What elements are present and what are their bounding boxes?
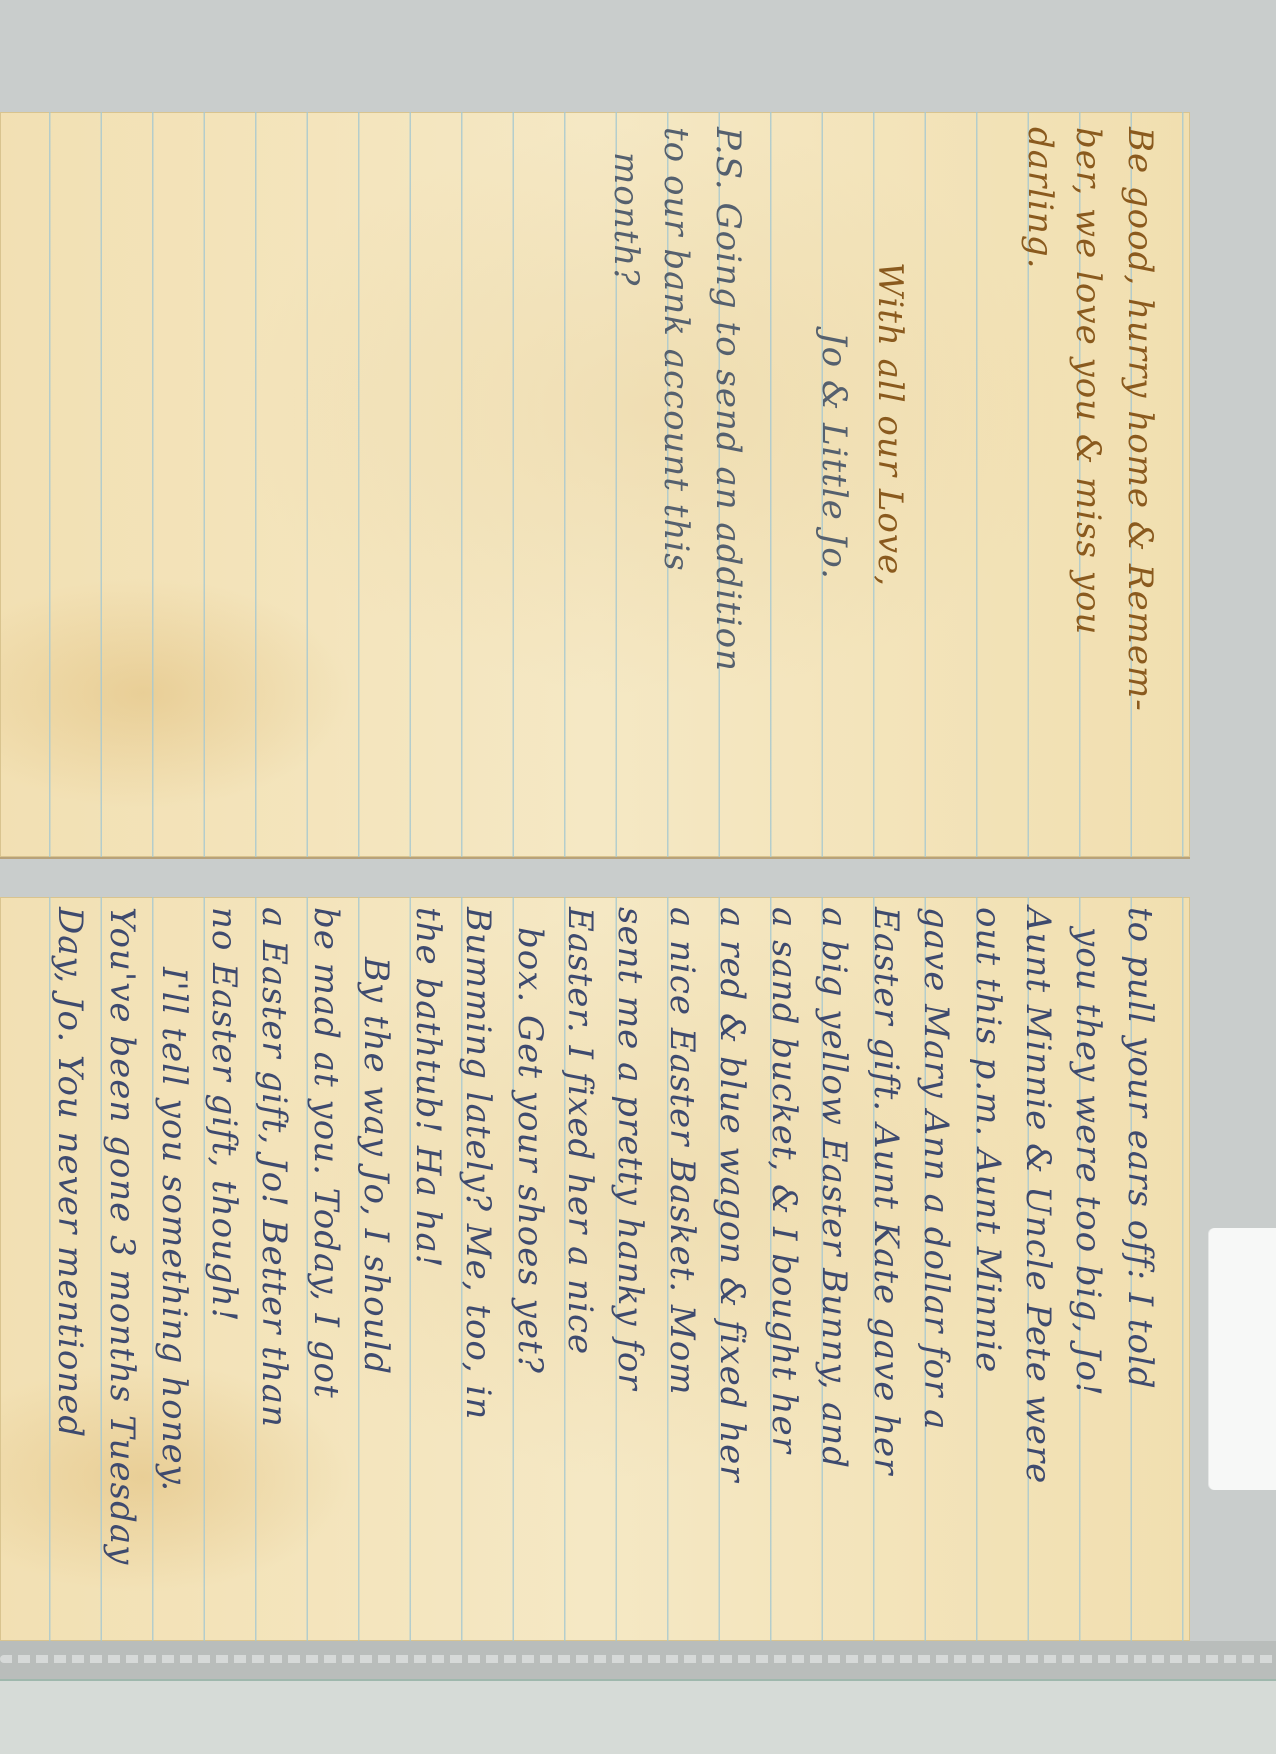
handwritten-line: a nice Easter Basket. Mom (660, 907, 704, 1395)
handwritten-line: box. Get your shoes yet? (508, 927, 552, 1374)
page-edge (0, 857, 1190, 859)
letter-page-top: Be good, hurry home & Remem- ber, we lov… (0, 112, 1190, 857)
handwritten-line: Be good, hurry home & Remem- (1118, 127, 1162, 712)
handwritten-line: to pull your ears off: I told (1118, 907, 1162, 1390)
handwritten-line: Easter. I fixed her a nice (558, 907, 602, 1355)
handwritten-line: Easter gift. Aunt Kate gave her (864, 907, 908, 1475)
handwritten-line: be mad at you. Today, I got (304, 907, 348, 1399)
handwritten-line: the bathtub! Ha ha! (406, 907, 450, 1268)
handwritten-line: sent me a pretty hanky for (608, 907, 652, 1391)
sheet-protector-strip (0, 1641, 1276, 1681)
handwritten-line: you they were too big, Jo! (1066, 927, 1110, 1397)
handwritten-line: gave Mary Ann a dollar for a (914, 907, 958, 1430)
postscript-line: month? (604, 152, 648, 286)
handwritten-line: a Easter gift, Jo! Better than (252, 907, 296, 1428)
ruled-lines (0, 112, 1190, 857)
handwritten-line: Aunt Minnie & Uncle Pete were (1016, 907, 1060, 1484)
closing-line: With all our Love, (868, 262, 912, 587)
paper-tab (1209, 1228, 1276, 1490)
handwritten-line: a sand bucket, & I bought her (762, 907, 806, 1454)
postscript-line: P.S. Going to send an addition (706, 127, 750, 672)
handwritten-line: You've been gone 3 months Tuesday (100, 907, 144, 1565)
handwritten-line: a big yellow Easter Bunny, and (812, 907, 856, 1469)
letter-page-bottom: to pull your ears off: I told you they w… (0, 897, 1190, 1641)
handwritten-line: out this p.m. Aunt Minnie (966, 907, 1010, 1373)
postscript-line: to our bank account this (654, 127, 698, 572)
signature-line: Jo & Little Jo. (812, 332, 856, 580)
punched-holes (0, 1655, 1276, 1663)
handwritten-line: a red & blue wagon & fixed her (710, 907, 754, 1483)
handwritten-line: Day, Jo. You never mentioned (48, 907, 92, 1438)
handwritten-line: Bumming lately? Me, too, in (456, 907, 500, 1420)
sheet-protector-margin (0, 1681, 1276, 1754)
handwritten-line: ber, we love you & miss you (1066, 127, 1110, 635)
handwritten-line: By the way Jo, I should (354, 957, 398, 1375)
handwritten-line: darling. (1018, 127, 1062, 270)
handwritten-line: I'll tell you something honey. (152, 967, 196, 1492)
handwritten-line: no Easter gift, though! (202, 907, 246, 1322)
